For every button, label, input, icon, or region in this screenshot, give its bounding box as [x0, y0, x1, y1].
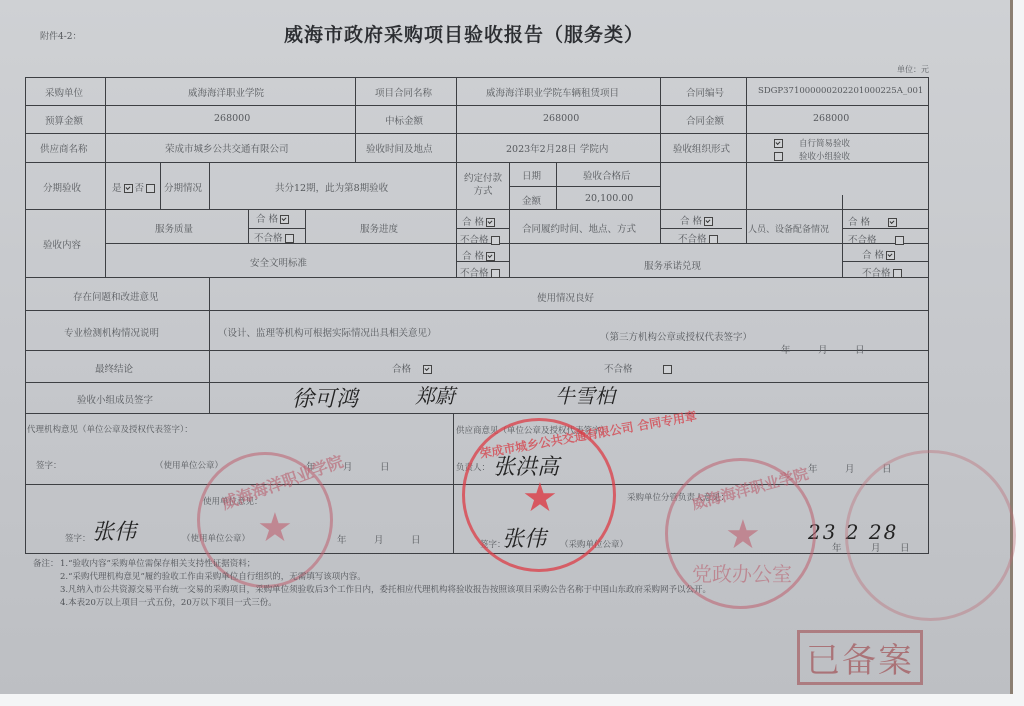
installment-yes-checkbox[interactable]: [124, 184, 133, 193]
staff-fail: 不合格: [848, 232, 906, 246]
checkbox-checked[interactable]: [704, 217, 713, 226]
agency-opinion-label: 代理机构意见（单位公章及授权代表签字）：: [27, 423, 193, 435]
checkbox-checked[interactable]: [774, 139, 783, 148]
quality-fail: 不合格: [254, 230, 296, 244]
supplier-month: 月: [845, 461, 855, 475]
member-signature-3: 牛雪柏: [555, 380, 615, 409]
issues-label: 存在问题和改进意见: [73, 289, 159, 303]
note-line-3: 3.凡纳入市公共资源交易平台统一交易的采购项目，采购单位须验收后3个工作日内，委…: [60, 583, 711, 595]
item-service-progress: 服务进度: [360, 221, 398, 235]
supplier-value: 荣成市城乡公共交通有限公司: [165, 141, 289, 155]
user-year: 年: [337, 532, 347, 546]
purchaser-label: 采购单位: [45, 85, 83, 99]
seal-star-icon: ★: [725, 515, 761, 555]
installment-info-value: 共分12期，此为第8期验收: [275, 180, 388, 194]
item-contract-performance: 合同履约时间、地点、方式: [522, 221, 636, 235]
item-service-quality: 服务质量: [155, 221, 193, 235]
inspection-day: 日: [855, 342, 865, 356]
performance-pass: 合 格: [680, 213, 715, 227]
org-form-label: 验收组织形式: [673, 141, 730, 155]
checkbox-checked[interactable]: [486, 218, 495, 227]
budget-label: 预算金额: [45, 113, 83, 127]
contract-amount-value: 268000: [813, 113, 849, 124]
user-day: 日: [411, 532, 421, 546]
progress-pass: 合 格: [462, 214, 497, 228]
bid-amount-label: 中标金额: [385, 113, 423, 127]
note-line-4: 4.本表20万以上项目一式五份，20万以下项目一式三份。: [60, 596, 277, 608]
installment-info-label: 分期情况: [164, 180, 202, 194]
conclusion-fail-checkbox[interactable]: [663, 365, 672, 374]
agency-sign-label: 签字：: [36, 459, 62, 471]
inspection-note: （设计、监理等机构可根据实际情况出具相关意见）: [218, 325, 437, 339]
note-line-1: 1.“验收内容”采购单位需保存相关支持性证据资料；: [60, 557, 255, 569]
member-signature-2: 郑蔚: [415, 380, 455, 409]
checkbox-checked[interactable]: [888, 218, 897, 227]
conclusion-label: 最终结论: [95, 361, 133, 375]
members-label: 验收小组成员签字: [77, 392, 153, 406]
leader-year: 年: [832, 540, 842, 554]
attachment-label: 附件4-2：: [40, 29, 82, 42]
checkbox-checked[interactable]: [486, 252, 495, 261]
supplier-label: 供应商名称: [40, 141, 88, 155]
inspection-year: 年: [781, 342, 791, 356]
contract-name-value: 威海海洋职业学院车辆租赁项目: [486, 85, 619, 99]
page-title: 威海市政府采购项目验收报告（服务类）: [284, 20, 644, 47]
item-staff-equipment: 人员、设备配备情况: [748, 222, 829, 235]
org-form-option-self[interactable]: 自行简易验收: [772, 137, 850, 149]
unit-label: 单位：元: [897, 64, 929, 75]
purchaser-value: 威海海洋职业学院: [188, 85, 264, 99]
performance-fail: 不合格: [678, 231, 720, 245]
payment-label: 约定付款方式: [462, 172, 504, 198]
checkbox-unchecked[interactable]: [491, 236, 500, 245]
user-signature: 张伟: [92, 515, 136, 546]
safety-pass: 合 格: [462, 248, 497, 262]
checkbox-unchecked[interactable]: [709, 235, 718, 244]
conclusion-pass: 合格: [392, 361, 434, 375]
issues-value: 使用情况良好: [537, 290, 594, 304]
checkbox-unchecked[interactable]: [893, 269, 902, 278]
notes-label: 备注：: [33, 557, 59, 569]
secondary-seal-stamp: [845, 450, 1016, 621]
time-place-label: 验收时间及地点: [366, 141, 433, 155]
agency-seal-label: （使用单位公章）: [155, 459, 223, 471]
page-edge: [1010, 0, 1013, 694]
note-line-2: 2.“采购代理机构意见”履约验收工作由采购单位自行组织的，无需填写该项内容。: [60, 570, 366, 582]
staff-pass: 合 格: [848, 214, 899, 228]
filed-stamp: 已备案: [797, 630, 923, 685]
conclusion-pass-checkbox[interactable]: [423, 365, 432, 374]
inspection-month: 月: [818, 342, 828, 356]
supplier-year: 年: [808, 461, 818, 475]
item-service-commitment: 服务承诺兑现: [644, 258, 701, 272]
commitment-fail: 不合格: [862, 265, 904, 279]
content-label: 验收内容: [43, 237, 81, 251]
contract-name-label: 项目合同名称: [375, 85, 432, 99]
contract-amount-label: 合同金额: [686, 113, 724, 127]
checkbox-unchecked[interactable]: [285, 234, 294, 243]
inspection-label: 专业检测机构情况说明: [64, 325, 159, 339]
payment-date-value: 验收合格后: [583, 168, 631, 182]
safety-fail: 不合格: [460, 265, 502, 279]
contract-no-value: SDGP371000000202201000225A_001: [758, 86, 923, 96]
quality-pass: 合 格: [256, 211, 291, 225]
seal-star-icon: ★: [257, 508, 293, 548]
checkbox-unchecked[interactable]: [895, 236, 904, 245]
payment-amount-label: 金额: [522, 193, 541, 207]
member-signature-1: 徐可鸿: [292, 382, 358, 413]
user-month: 月: [374, 532, 384, 546]
seal-star-icon: ★: [522, 478, 558, 518]
commitment-pass: 合 格: [862, 247, 897, 261]
time-place-value: 2023年2月28日 学院内: [506, 141, 608, 155]
agency-day: 日: [380, 459, 390, 473]
item-safety-standard: 安全文明标准: [250, 255, 307, 269]
progress-fail: 不合格: [460, 232, 502, 246]
contract-no-label: 合同编号: [686, 85, 724, 99]
bid-amount-value: 268000: [543, 113, 579, 124]
user-sign-label: 签字：: [65, 532, 91, 544]
checkbox-unchecked[interactable]: [491, 269, 500, 278]
org-form-option-group[interactable]: 验收小组验收: [772, 150, 850, 162]
checkbox-checked[interactable]: [886, 251, 895, 260]
conclusion-fail: 不合格: [604, 361, 674, 375]
payment-amount-value: 20,100.00: [585, 193, 633, 204]
installment-no-checkbox[interactable]: [146, 184, 155, 193]
inspection-sign: （第三方机构公章或授权代表签字）: [600, 329, 752, 343]
installment-choice: 是否: [112, 180, 157, 194]
checkbox-unchecked[interactable]: [774, 152, 783, 161]
budget-value: 268000: [214, 113, 250, 124]
installment-label: 分期验收: [43, 180, 81, 194]
payment-date-label: 日期: [522, 168, 541, 182]
checkbox-checked[interactable]: [280, 215, 289, 224]
